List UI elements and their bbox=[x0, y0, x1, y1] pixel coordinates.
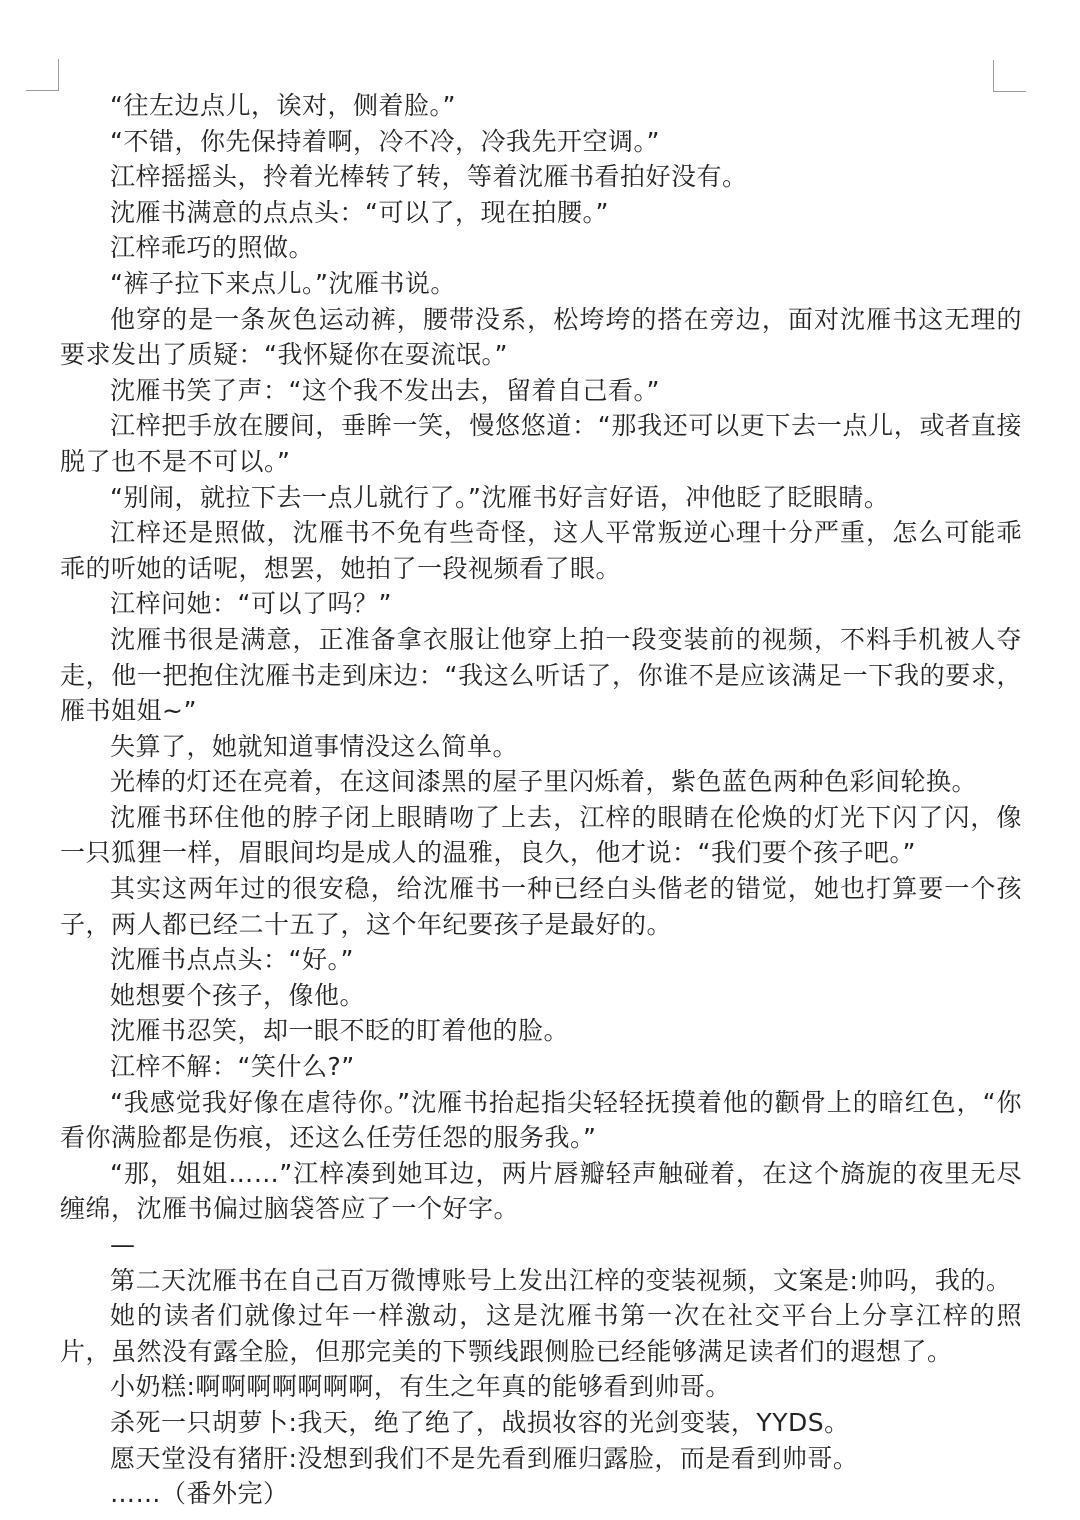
text-body: “往左边点儿，诶对，侧着脸。”“不错，你先保持着啊，冷不冷，冷我先开空调。”江梓… bbox=[60, 88, 1022, 1512]
paragraph: 沈雁书满意的点点头：“可以了，现在拍腰。” bbox=[60, 195, 1022, 231]
document-page: “往左边点儿，诶对，侧着脸。”“不错，你先保持着啊，冷不冷，冷我先开空调。”江梓… bbox=[0, 0, 1080, 1520]
crop-mark-top-left-icon bbox=[26, 59, 59, 91]
paragraph: 其实这两年过的很安稳，给沈雁书一种已经白头偕老的错觉，她也打算要一个孩子，两人都… bbox=[60, 871, 1022, 942]
paragraph: 她的读者们就像过年一样激动，这是沈雁书第一次在社交平台上分享江梓的照片，虽然没有… bbox=[60, 1298, 1022, 1369]
paragraph: 沈雁书很是满意，正准备拿衣服让他穿上拍一段变装前的视频，不料手机被人夺走，他一把… bbox=[60, 622, 1022, 729]
paragraph: 江梓乖巧的照做。 bbox=[60, 230, 1022, 266]
paragraph: 沈雁书点点头：“好。” bbox=[60, 942, 1022, 978]
paragraph: 江梓还是照做，沈雁书不免有些奇怪，这人平常叛逆心理十分严重，怎么可能乖乖的听她的… bbox=[60, 515, 1022, 586]
paragraph: 她想要个孩子，像他。 bbox=[60, 978, 1022, 1014]
paragraph: “不错，你先保持着啊，冷不冷，冷我先开空调。” bbox=[60, 124, 1022, 160]
paragraph: “那，姐姐……”江梓凑到她耳边，两片唇瓣轻声触碰着，在这个旖旎的夜里无尽缠绵，沈… bbox=[60, 1156, 1022, 1227]
paragraph: 第二天沈雁书在自己百万微博账号上发出江梓的变装视频，文案是:帅吗，我的。 bbox=[60, 1263, 1022, 1299]
paragraph: 沈雁书忍笑，却一眼不眨的盯着他的脸。 bbox=[60, 1013, 1022, 1049]
paragraph: 江梓把手放在腰间，垂眸一笑，慢悠悠道：“那我还可以更下去一点儿，或者直接脱了也不… bbox=[60, 408, 1022, 479]
paragraph: “我感觉我好像在虐待你。”沈雁书抬起指尖轻轻抚摸着他的颧骨上的暗红色，“你看你满… bbox=[60, 1085, 1022, 1156]
paragraph: 失算了，她就知道事情没这么简单。 bbox=[60, 729, 1022, 765]
paragraph: 他穿的是一条灰色运动裤，腰带没系，松垮垮的搭在旁边，面对沈雁书这无理的要求发出了… bbox=[60, 302, 1022, 373]
paragraph: 光棒的灯还在亮着，在这间漆黑的屋子里闪烁着，紫色蓝色两种色彩间轮换。 bbox=[60, 764, 1022, 800]
paragraph: 小奶糕:啊啊啊啊啊啊啊，有生之年真的能够看到帅哥。 bbox=[60, 1369, 1022, 1405]
paragraph: 江梓不解：“笑什么?” bbox=[60, 1049, 1022, 1085]
paragraph: “裤子拉下来点儿。”沈雁书说。 bbox=[60, 266, 1022, 302]
paragraph: 杀死一只胡萝卜:我天，绝了绝了，战损妆容的光剑变装，YYDS。 bbox=[60, 1405, 1022, 1441]
paragraph: 江梓摇摇头，拎着光棒转了转，等着沈雁书看拍好没有。 bbox=[60, 159, 1022, 195]
paragraph: “往左边点儿，诶对，侧着脸。” bbox=[60, 88, 1022, 124]
paragraph: “别闹，就拉下去一点儿就行了。”沈雁书好言好语，冲他眨了眨眼睛。 bbox=[60, 480, 1022, 516]
paragraph: 江梓问她：“可以了吗？” bbox=[60, 586, 1022, 622]
scene-separator: — bbox=[60, 1227, 1022, 1263]
paragraph: ……（番外完） bbox=[60, 1476, 1022, 1512]
paragraph: 愿天堂没有猪肝:没想到我们不是先看到雁归露脸，而是看到帅哥。 bbox=[60, 1441, 1022, 1477]
paragraph: 沈雁书笑了声：“这个我不发出去，留着自己看。” bbox=[60, 373, 1022, 409]
paragraph: 沈雁书环住他的脖子闭上眼睛吻了上去，江梓的眼睛在伦焕的灯光下闪了闪，像一只狐狸一… bbox=[60, 800, 1022, 871]
